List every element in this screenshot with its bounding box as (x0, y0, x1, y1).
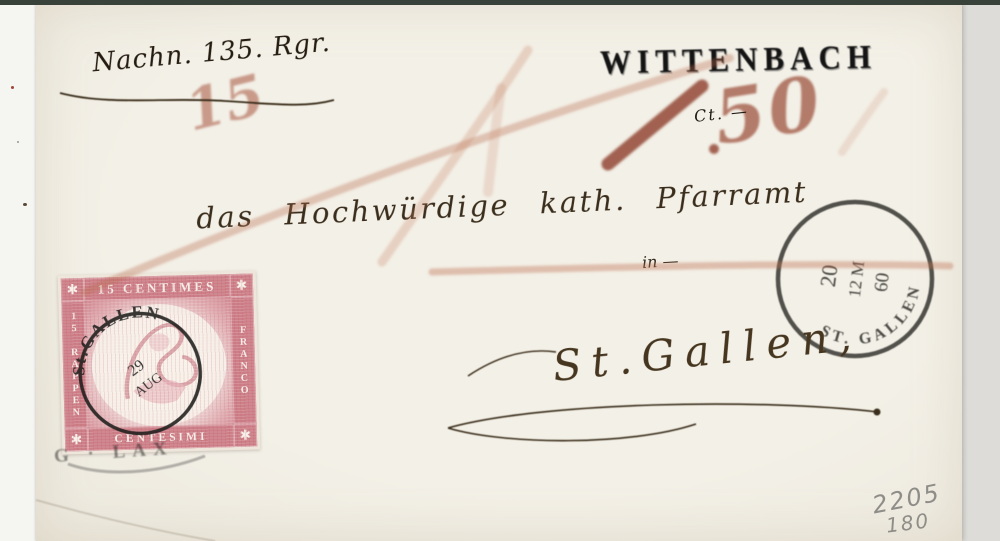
stamp-cancel-day: 29 (125, 357, 148, 380)
dust-speck (17, 141, 19, 143)
cds-day: 20 (815, 263, 842, 288)
cds-time: 12 M (845, 260, 868, 298)
scan-edge-strip (0, 0, 1000, 5)
cds-year: 60 (871, 272, 894, 293)
stamp-cancel-postmark: St.GALLEN 29 AUG (50, 283, 231, 464)
stamp-cancel-place: St.GALLEN (51, 283, 170, 385)
address-in: in — (642, 251, 679, 272)
stamp-right-label: FRANCO (230, 297, 256, 425)
postage-stamp: ✱ 15 CENTIMES ✱ 15 RAPPEN FRANCO ✱ CENTE… (58, 270, 261, 454)
svg-text:St.GALLEN: St.GALLEN (51, 283, 170, 385)
stamp-corner-star-icon: ✱ (234, 423, 258, 447)
dust-speck (11, 86, 14, 89)
dust-speck (23, 203, 27, 206)
scanned-cover: Nachn. 135. Rgr. WITTENBACH 15 50 Ct. — … (0, 0, 1000, 541)
stamp-corner-star-icon: ✱ (230, 274, 254, 298)
